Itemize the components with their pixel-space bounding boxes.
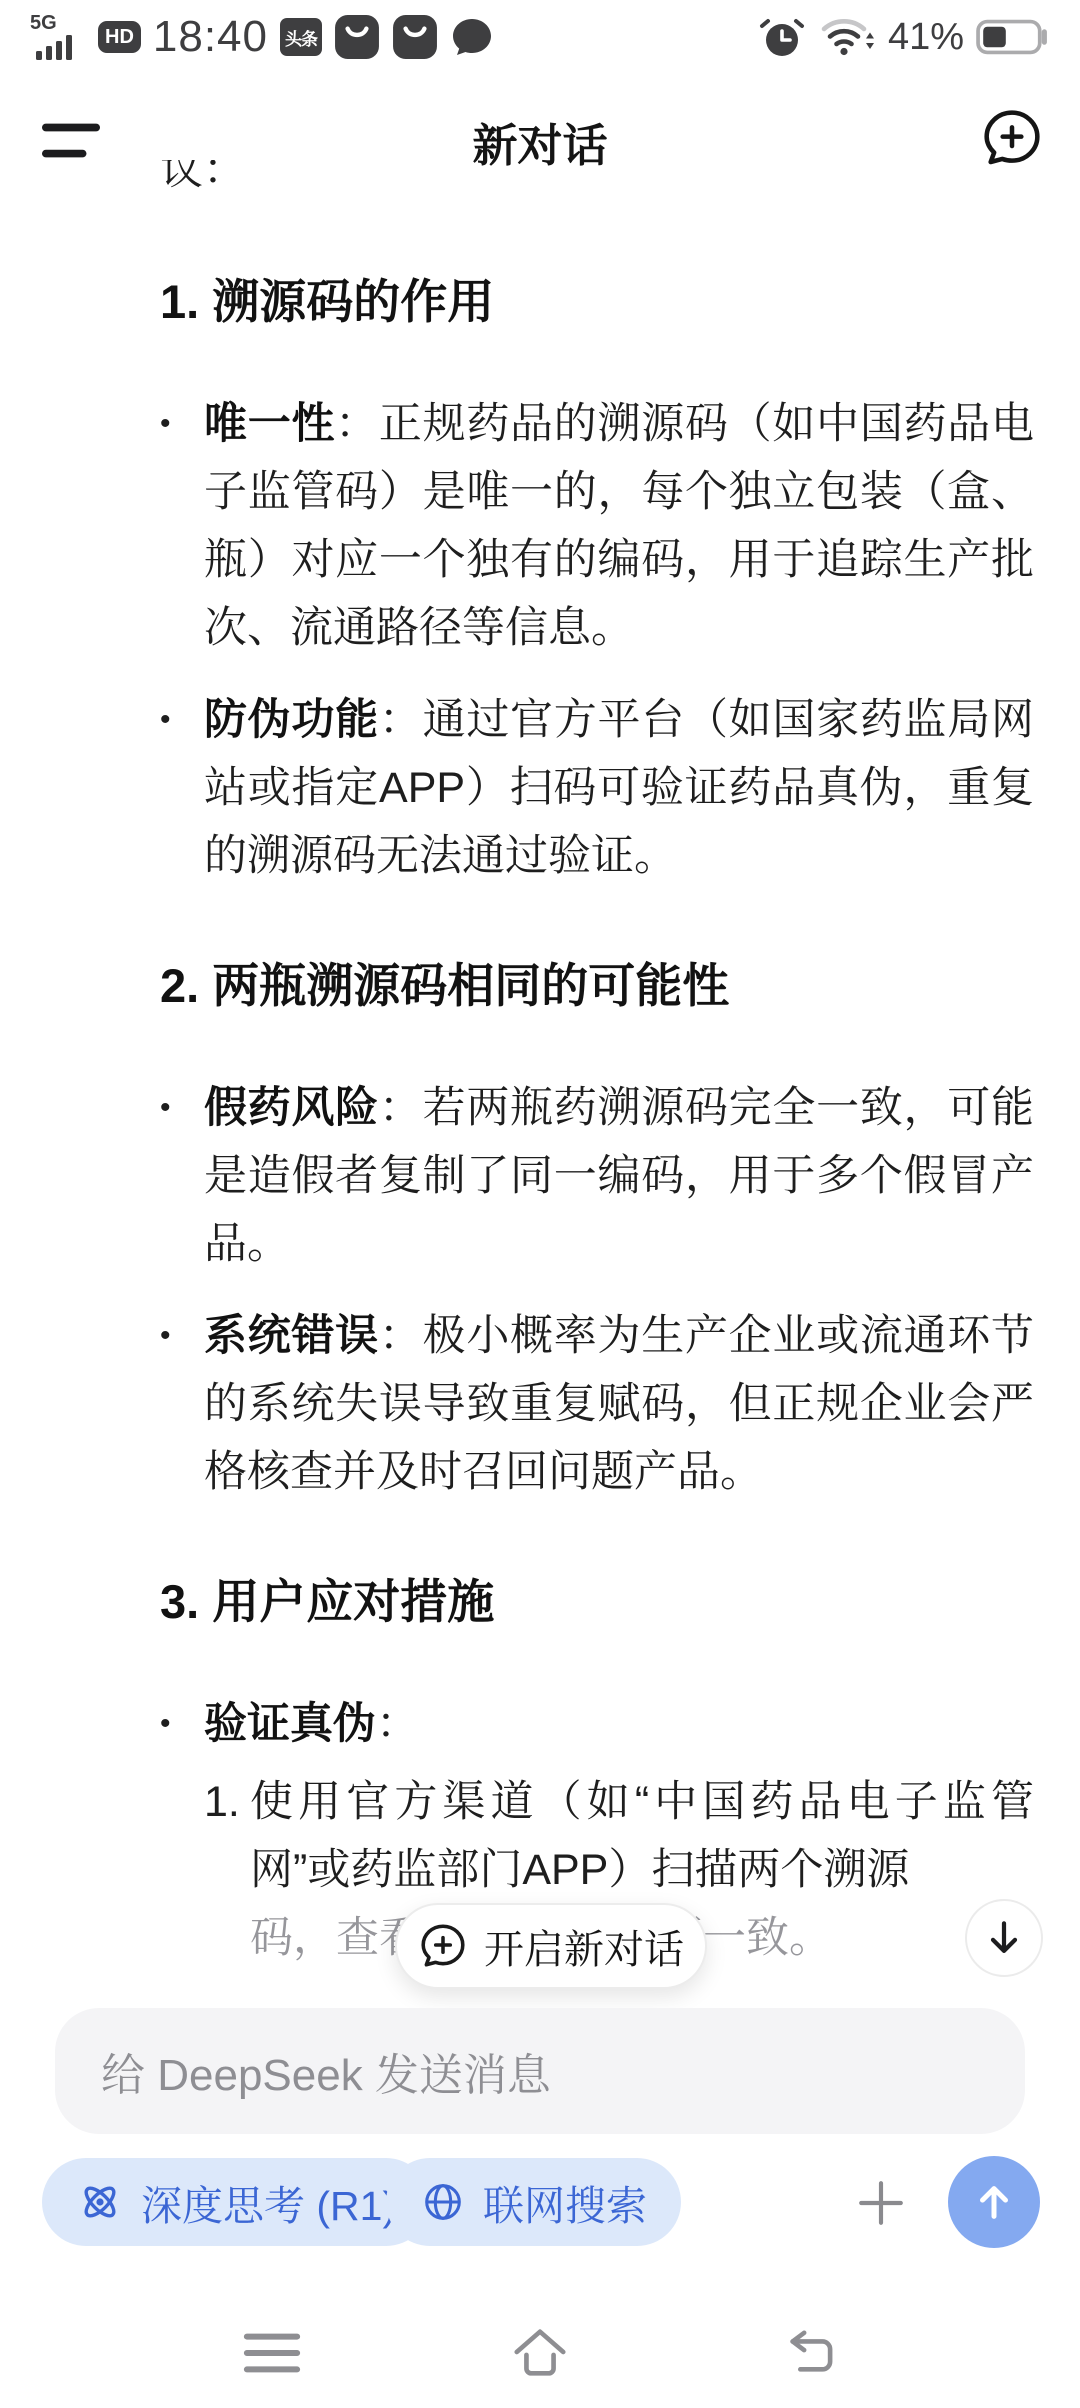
status-time: 18:40 <box>153 12 268 62</box>
back-button[interactable] <box>776 2324 840 2382</box>
start-new-chat-button[interactable]: 开启新对话 <box>395 1903 707 1989</box>
alarm-clock-icon <box>758 13 806 61</box>
list-item: • 防伪功能：通过官方平台（如国家药监局网站或指定APP）扫码可验证药品真伪，重… <box>160 686 1034 890</box>
bullet-marker: • <box>160 1690 204 1758</box>
deep-think-label: 深度思考 (R1) <box>141 2173 396 2232</box>
app-badge-icon <box>334 14 380 60</box>
number-marker: 1. <box>204 1768 250 1972</box>
scroll-to-bottom-button[interactable] <box>965 1899 1043 1977</box>
section-heading-3: 3. 用户应对措施 <box>160 1570 1034 1634</box>
web-search-label: 联网搜索 <box>483 2173 647 2232</box>
input-placeholder: 给 DeepSeek 发送消息 <box>101 2039 551 2103</box>
clipped-text-line: 议： <box>160 160 1034 206</box>
web-search-toggle[interactable]: 联网搜索 <box>386 2158 681 2246</box>
list-item: • 假药风险：若两瓶药溯源码完全一致，可能是造假者复制了同一编码，用于多个假冒产… <box>160 1074 1034 1278</box>
toutiao-notification-icon: 头条 <box>280 18 322 56</box>
deep-think-toggle[interactable]: 深度思考 (R1) <box>42 2158 430 2246</box>
send-button[interactable] <box>948 2156 1040 2248</box>
home-button[interactable] <box>508 2324 572 2382</box>
battery-percent-label: 41% <box>888 16 964 59</box>
bullet-marker: • <box>160 1302 204 1506</box>
recents-menu-button[interactable] <box>240 2324 304 2382</box>
bullet-marker: • <box>160 686 204 890</box>
message-bubble-icon <box>450 15 494 59</box>
list-item: • 唯一性：正规药品的溯源码（如中国药品电子监管码）是唯一的，每个独立包装（盒、… <box>160 390 1034 662</box>
bullet-marker: • <box>160 1074 204 1278</box>
attach-plus-button[interactable] <box>856 2178 906 2228</box>
list-item: • 验证真伪： <box>160 1690 1034 1758</box>
status-bar: 5G HD 18:40 头条 <box>0 6 1080 68</box>
start-new-chat-label: 开启新对话 <box>484 1918 684 1975</box>
hd-badge: HD <box>98 21 141 53</box>
section-heading-2: 2. 两瓶溯源码相同的可能性 <box>160 954 1034 1018</box>
message-input[interactable]: 给 DeepSeek 发送消息 <box>55 2008 1025 2134</box>
new-chat-bubble-icon <box>418 1921 468 1971</box>
arrow-up-icon <box>971 2179 1017 2225</box>
section-heading-1: 1. 溯源码的作用 <box>160 270 1034 334</box>
deepseek-app-screen: 5G HD 18:40 头条 <box>0 0 1080 2408</box>
bullet-marker: • <box>160 390 204 662</box>
system-nav-bar <box>0 2298 1080 2408</box>
sidebar-menu-button[interactable] <box>42 118 100 164</box>
globe-icon <box>420 2179 466 2225</box>
list-item: • 系统错误：极小概率为生产企业或流通环节的系统失误导致重复赋码，但正规企业会严… <box>160 1302 1034 1506</box>
atom-icon <box>76 2178 124 2226</box>
signal-bars-icon <box>36 34 76 60</box>
cell-signal-icon: 5G <box>30 12 86 62</box>
wifi-icon <box>818 14 876 60</box>
arrow-down-icon <box>982 1916 1026 1960</box>
assistant-message: 议： 1. 溯源码的作用 • 唯一性：正规药品的溯源码（如中国药品电子监管码）是… <box>0 160 1080 2000</box>
app-badge-icon <box>392 14 438 60</box>
battery-icon <box>976 18 1050 56</box>
network-type-label: 5G <box>30 12 57 35</box>
